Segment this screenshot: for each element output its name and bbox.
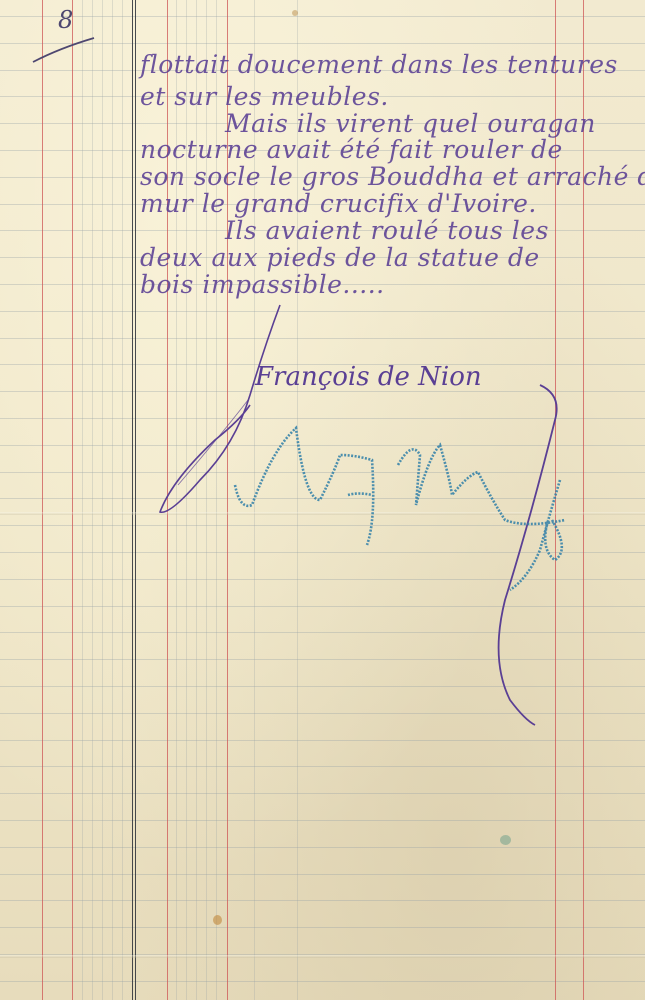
signature-flourish — [0, 0, 645, 1000]
manuscript-page: 8 flottait doucement dans les tentures e… — [0, 0, 645, 1000]
signature-text: François de Nion — [255, 362, 482, 392]
